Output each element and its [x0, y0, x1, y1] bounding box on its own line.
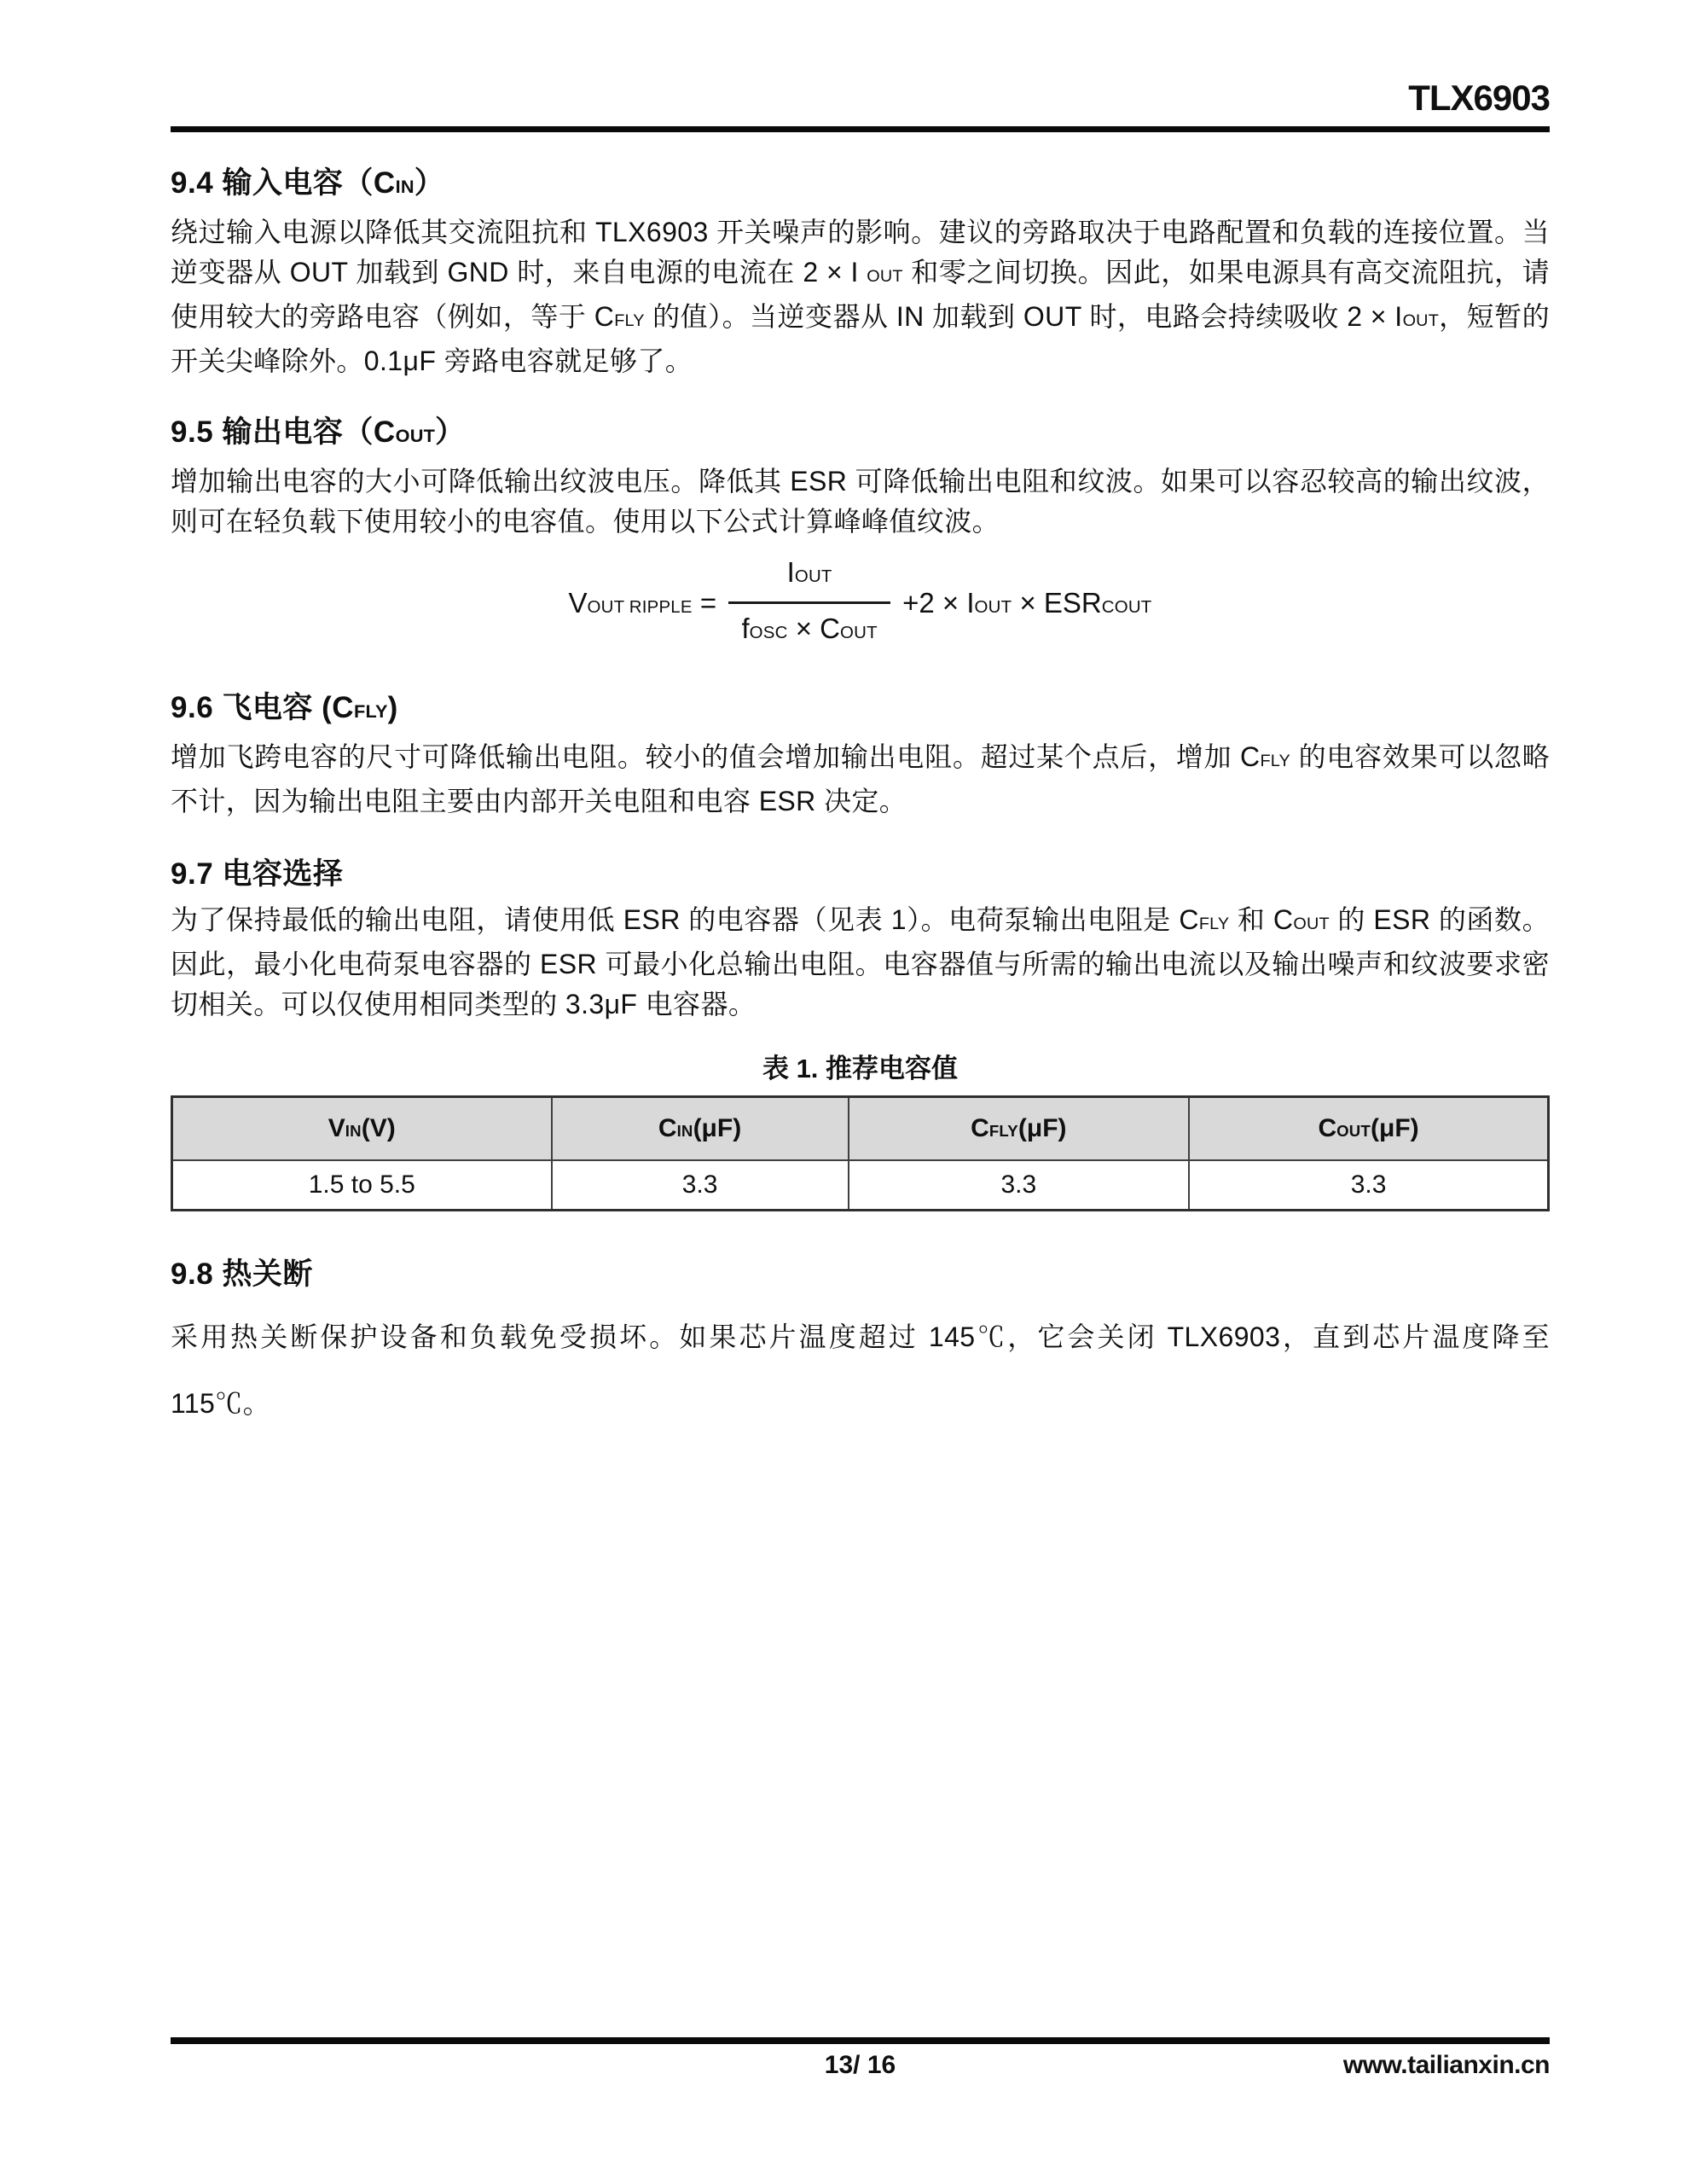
subscript: OSC	[750, 623, 788, 642]
subscript: OUT	[975, 597, 1012, 617]
subscript: OUT	[1403, 311, 1439, 330]
formula-lhs: VOUT RIPPLE =	[569, 587, 717, 619]
table-title: 表 1. 推荐电容值	[171, 1047, 1550, 1085]
table-cell-cin: 3.3	[552, 1160, 849, 1211]
table-header-cout: COUT(μF)	[1189, 1097, 1548, 1161]
table-header-cin: CIN(μF)	[552, 1097, 849, 1161]
section-body-9-7: 为了保持最低的输出电阻，请使用低 ESR 的电容器（见表 1）。电荷泵输出电阻是…	[171, 900, 1550, 1025]
table-header-row: VIN(V) CIN(μF) CFLY(μF) COUT(μF)	[172, 1097, 1549, 1161]
footer-row: 13/ 16 www.tailianxin.cn	[171, 2051, 1550, 2085]
formula-fraction: IOUT fOSC × COUT	[728, 555, 890, 650]
subscript: OUT	[840, 623, 878, 642]
subscript: OUT RIPPLE	[588, 597, 693, 617]
website-text: www.tailianxin.cn	[1343, 2051, 1550, 2080]
ripple-formula: VOUT RIPPLE = IOUT fOSC × COUT +2 × IOUT…	[569, 550, 1152, 655]
subscript: OUT	[1293, 915, 1329, 933]
subscript: OUT	[795, 566, 832, 586]
subscript: IN	[677, 1122, 693, 1140]
section-heading-9-8: 9.8 热关断	[171, 1256, 1550, 1293]
table-row: 1.5 to 5.5 3.3 3.3 3.3	[172, 1160, 1549, 1211]
subscript: FLY	[614, 311, 645, 330]
subscript: FLY	[989, 1122, 1018, 1140]
recommended-capacitance-table: VIN(V) CIN(μF) CFLY(μF) COUT(μF) 1.5 to …	[171, 1095, 1550, 1211]
table-cell-cout: 3.3	[1189, 1160, 1548, 1211]
fraction-bar	[728, 601, 890, 604]
footer-rule	[171, 2037, 1550, 2044]
formula-rhs: +2 × IOUT × ESRCOUT	[902, 587, 1151, 619]
page-title: TLX6903	[171, 78, 1550, 118]
table-cell-vin: 1.5 to 5.5	[172, 1160, 552, 1211]
subscript: FLY	[1199, 915, 1230, 933]
page-footer: 13/ 16 www.tailianxin.cn	[171, 2037, 1550, 2085]
section-body-9-8: 采用热关断保护设备和负载免受损坏。如果芯片温度超过 145℃，它会关闭 TLX6…	[171, 1304, 1550, 1437]
subscript: OUT	[1336, 1122, 1371, 1140]
section-heading-9-4: 9.4 输入电容（CIN）	[171, 165, 1550, 206]
table-header-vin: VIN(V)	[172, 1097, 552, 1161]
section-body-9-4: 绕过输入电源以降低其交流阻抗和 TLX6903 开关噪声的影响。建议的旁路取决于…	[171, 212, 1550, 381]
subscript: OUT	[396, 425, 435, 446]
subscript: FLY	[1260, 752, 1290, 770]
section-body-9-5: 增加输出电容的大小可降低输出纹波电压。降低其 ESR 可降低输出电阻和纹波。如果…	[171, 462, 1550, 542]
header-rule	[171, 126, 1550, 132]
subscript: COUT	[1102, 597, 1152, 617]
formula-denominator: fOSC × COUT	[742, 612, 878, 650]
subscript: FLY	[354, 700, 388, 722]
datasheet-page: TLX6903 9.4 输入电容（CIN） 绕过输入电源以降低其交流阻抗和 TL…	[0, 0, 1687, 2184]
table-header-cfly: CFLY(μF)	[849, 1097, 1190, 1161]
subscript: IN	[345, 1122, 362, 1140]
subscript: IN	[396, 176, 415, 197]
formula-numerator: IOUT	[787, 555, 832, 594]
section-heading-9-7: 9.7 电容选择	[171, 856, 1550, 893]
section-body-9-6: 增加飞跨电容的尺寸可降低输出电阻。较小的值会增加输出电阻。超过某个点后，增加 C…	[171, 737, 1550, 822]
table-cell-cfly: 3.3	[849, 1160, 1190, 1211]
section-heading-9-6: 9.6 飞电容 (CFLY)	[171, 689, 1550, 730]
subscript: OUT	[867, 267, 902, 286]
section-heading-9-5: 9.5 输出电容（COUT）	[171, 414, 1550, 455]
